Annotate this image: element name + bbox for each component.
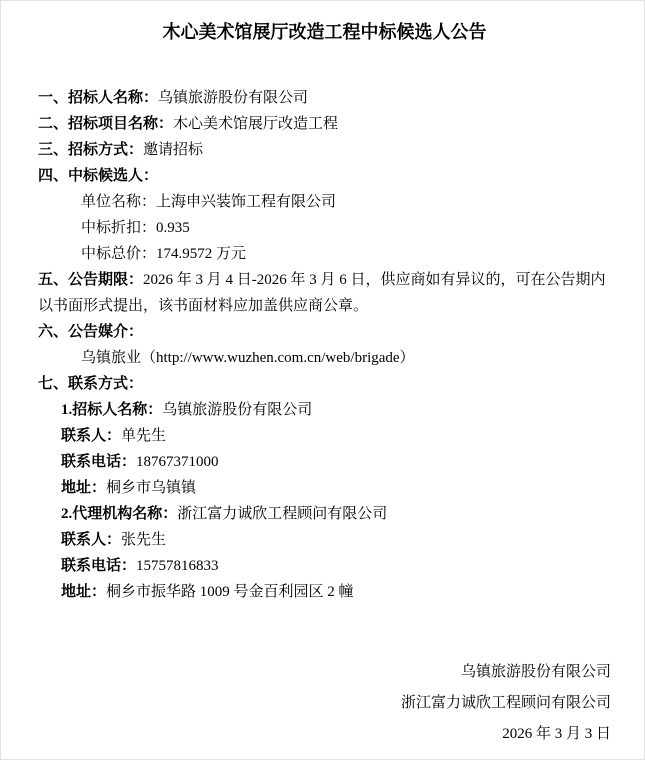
contact-tenderer-person-label: 联系人：	[61, 428, 121, 444]
contact-agency-person-value: 张先生	[121, 532, 166, 548]
page-title: 木心美术馆展厅改造工程中标候选人公告	[38, 19, 611, 45]
item-announcement-period-label: 五、公告期限：	[38, 272, 143, 288]
item-winning-candidate-heading: 四、中标候选人：	[38, 163, 611, 189]
item-project-name: 二、招标项目名称：木心美术馆展厅改造工程	[38, 111, 611, 137]
signature-tenderer: 乌镇旅游股份有限公司	[38, 657, 611, 688]
contact-tenderer-person: 联系人：单先生	[38, 423, 611, 449]
item-tenderer-name: 一、招标人名称：乌镇旅游股份有限公司	[38, 85, 611, 111]
item-contact-info-heading: 七、联系方式：	[38, 371, 611, 397]
item-project-name-value: 木心美术馆展厅改造工程	[173, 116, 338, 132]
contact-agency-name-value: 浙江富力诚欣工程顾问有限公司	[177, 506, 387, 522]
contact-tenderer-phone-label: 联系电话：	[61, 454, 136, 470]
contact-tenderer-phone-value: 18767371000	[136, 454, 219, 470]
contact-agency-phone-label: 联系电话：	[61, 558, 136, 574]
contact-agency-phone-value: 15757816833	[136, 558, 219, 574]
contact-agency-person: 联系人：张先生	[38, 527, 611, 553]
contact-agency-phone: 联系电话：15757816833	[38, 553, 611, 579]
contact-tenderer-name-value: 乌镇旅游股份有限公司	[162, 402, 312, 418]
contact-tenderer-person-value: 单先生	[121, 428, 166, 444]
item-announcement-media-label: 六、公告媒介：	[38, 324, 143, 340]
item-announcement-period: 五、公告期限：2026 年 3 月 4 日-2026 年 3 月 6 日，供应商…	[38, 267, 611, 319]
contact-tenderer-name: 1.招标人名称：乌镇旅游股份有限公司	[38, 397, 611, 423]
item-tenderer-name-value: 乌镇旅游股份有限公司	[158, 90, 308, 106]
item-tenderer-name-label: 一、招标人名称：	[38, 90, 158, 106]
contact-tenderer-phone: 联系电话：18767371000	[38, 449, 611, 475]
contact-agency-person-label: 联系人：	[61, 532, 121, 548]
contact-tenderer-address-value: 桐乡市乌镇镇	[106, 480, 196, 496]
signature-block: 乌镇旅游股份有限公司 浙江富力诚欣工程顾问有限公司 2026 年 3 月 3 日	[38, 657, 611, 750]
announcement-media-url-text: 乌镇旅业（http://www.wuzhen.com.cn/web/brigad…	[38, 345, 611, 371]
item-winning-candidate-label: 四、中标候选人：	[38, 168, 158, 184]
item-contact-info-label: 七、联系方式：	[38, 376, 143, 392]
contact-tenderer-address-label: 地址：	[61, 480, 106, 496]
item-tender-method-value: 邀请招标	[143, 142, 203, 158]
item-announcement-media-heading: 六、公告媒介：	[38, 319, 611, 345]
contact-agency-name-label: 2.代理机构名称：	[61, 506, 177, 522]
contact-agency-address-value: 桐乡市振华路 1009 号金百利园区 2 幢	[106, 584, 354, 600]
item-tender-method-label: 三、招标方式：	[38, 142, 143, 158]
contact-tenderer-address: 地址：桐乡市乌镇镇	[38, 475, 611, 501]
signature-date: 2026 年 3 月 3 日	[38, 719, 611, 750]
announcement-body: 一、招标人名称：乌镇旅游股份有限公司 二、招标项目名称：木心美术馆展厅改造工程 …	[38, 85, 611, 605]
item-project-name-label: 二、招标项目名称：	[38, 116, 173, 132]
contact-agency-address-label: 地址：	[61, 584, 106, 600]
signature-agency: 浙江富力诚欣工程顾问有限公司	[38, 688, 611, 719]
candidate-company-line: 单位名称：上海申兴装饰工程有限公司	[38, 189, 611, 215]
contact-agency-name: 2.代理机构名称：浙江富力诚欣工程顾问有限公司	[38, 501, 611, 527]
candidate-discount-line: 中标折扣：0.935	[38, 215, 611, 241]
contact-tenderer-name-label: 1.招标人名称：	[61, 402, 162, 418]
item-tender-method: 三、招标方式：邀请招标	[38, 137, 611, 163]
contact-agency-address: 地址：桐乡市振华路 1009 号金百利园区 2 幢	[38, 579, 611, 605]
announcement-page: 木心美术馆展厅改造工程中标候选人公告 一、招标人名称：乌镇旅游股份有限公司 二、…	[0, 0, 645, 760]
candidate-total-price-line: 中标总价：174.9572 万元	[38, 241, 611, 267]
